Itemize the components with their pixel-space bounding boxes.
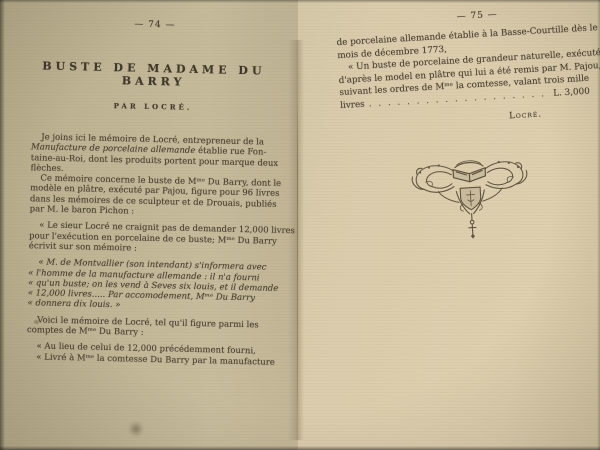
photo-edge-bottom (0, 446, 600, 450)
ledger-amount: L. 3,000 (553, 86, 590, 101)
ledger-label: livres (340, 99, 365, 113)
right-page-body: de porcelaine allemande établie à la Bas… (336, 23, 590, 113)
book-photo: — 74 — BUSTE DE MADAME DU BARRY PAR LOCR… (0, 0, 600, 450)
book-gutter-shadow (288, 40, 304, 440)
left-page: — 74 — BUSTE DE MADAME DU BARRY PAR LOCR… (26, 17, 276, 367)
chapter-subtitle: PAR LOCRÉ. (32, 99, 274, 113)
tailpiece-ornament-icon (406, 154, 535, 245)
paper-speck (34, 320, 39, 324)
right-page: — 75 — de porcelaine allemande établie à… (335, 5, 598, 253)
photo-edge-top (0, 0, 600, 3)
photo-edge-left (0, 0, 5, 450)
left-page-body: Je joins ici le mémoire de Locré, entrep… (26, 132, 273, 367)
text-span: établie rue Fon- (195, 146, 266, 158)
page-number-74: — 74 — (34, 17, 276, 32)
page-edge-line (297, 95, 298, 425)
foxing-stain (128, 421, 144, 437)
tailpiece-container (344, 150, 599, 252)
chapter-title: BUSTE DE MADAME DU BARRY (32, 59, 275, 90)
